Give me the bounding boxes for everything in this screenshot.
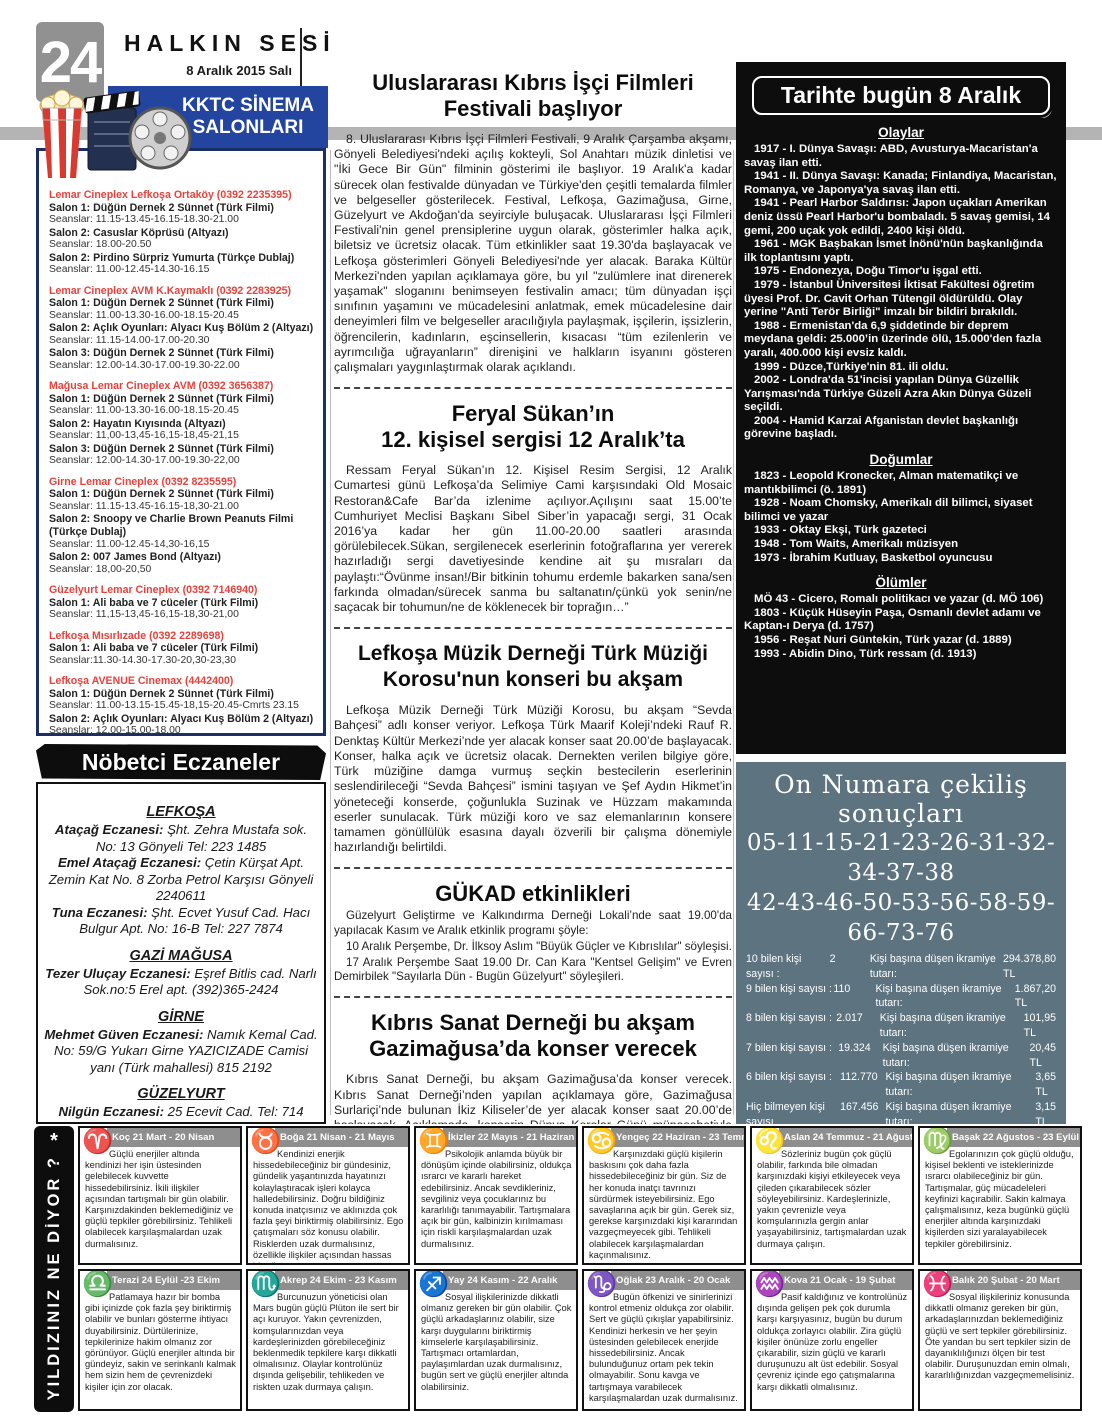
horoscope-sign-box: ♋Yengeç 22 Haziran - 23 TemmuzKarşınızda… [582,1126,746,1265]
history-item: 1961 - MGK Başbakan İsmet İnönü'nün başk… [744,238,1058,265]
horoscope-sign-box: ♒Kova 21 Ocak - 19 ŞubatPasif kaldığınız… [750,1269,914,1411]
horoscope-sign-header: Oğlak 23 Aralık - 20 Ocak [611,1271,744,1290]
lottery-prize-amount: 1.867,20 TL [1015,982,1056,1012]
history-item: 1941 - Pearl Harbor Saldırısı: Japon uça… [744,197,1058,238]
film-salon-line: Salon 2: Açlık Oyunları: Alyacı Kuş Bölü… [49,322,315,335]
lottery-prize-label: Kişi başına düşen ikramiye tutarı: [870,952,1003,982]
pharmacies-box: LEFKOŞAAtaçağ Eczanesi: Şht. Zehra Musta… [36,782,326,1124]
theater-listing: Güzelyurt Lemar Cineplex (0392 7146940)S… [49,584,315,622]
theater-name: Mağusa Lemar Cineplex AVM (0392 3656387) [49,380,315,393]
horoscope-sign-header: Yay 24 Kasım - 22 Aralık [443,1271,576,1290]
lottery-row: Hiç bilmeyen kişi sayısı167.456Kişi başı… [746,1100,1056,1124]
horoscope-sign-text: Bugün öfkenizi ve sinirlerinizi kontrol … [584,1290,744,1406]
film-salon-line: Salon 1: Düğün Dernek 2 Sünnet (Türk Fil… [49,488,315,501]
zodiac-icon: ♍ [922,1127,953,1155]
cinema-title-line1: KKTC SİNEMA [182,95,314,117]
article4-paragraph1: Güzelyurt Geliştirme ve Kalkındırma Dern… [334,909,732,937]
film-seans-line: Seanslar:11.30-14.30-17.30-20,30-23,30 [49,655,315,667]
history-item: 1933 - Oktay Ekşi, Türk gazeteci [744,524,1058,538]
article1-body: 8. Uluslararası Kıbrıs İşçi Filmleri Fes… [334,132,732,375]
horoscope-sign-box: ♓Balık 20 Şubat - 20 MartSosyal ilişkile… [918,1269,1082,1411]
film-salon-line: Salon 3: Düğün Dernek 2 Sünnet (Türk Fil… [49,443,315,456]
zodiac-icon: ♏ [250,1270,281,1298]
horoscope-sign-text: Sözleriniz bugün çok güçlü olabilir, far… [752,1147,912,1252]
history-title: Tarihte bugün 8 Aralık [752,76,1050,115]
theater-name: Lemar Cineplex AVM K.Kaymaklı (0392 2283… [49,285,315,298]
article2-body: Ressam Feryal Sükan’ın 12. Kişisel Resim… [334,463,732,615]
history-sections: Olaylar1917 - I. Dünya Savaşı: ABD, Avus… [744,125,1058,661]
theater-listing: Lefkoşa Mısırlızade (0392 2289698)Salon … [49,630,315,668]
zodiac-icon: ♊ [418,1127,449,1155]
lottery-row: 10 bilen kişi sayısı :2Kişi başına düşen… [746,952,1056,982]
film-seans-line: Seanslar: 11.15-13.45-16.15-18.30-21.00 [49,214,315,226]
lottery-row-label: 7 bilen kişi sayısı : [746,1041,838,1071]
lottery-row-count: 2 [830,952,870,982]
horoscope-sign-box: ♌Aslan 24 Temmuz - 21 AğustosSözleriniz … [750,1126,914,1265]
film-salon-line: Salon 1: Düğün Dernek 2 Sünnet (Türk Fil… [49,688,315,701]
film-seans-line: Seanslar: 11.00-12.45-14.30-16.15 [49,264,315,276]
lottery-row: 9 bilen kişi sayısı :110Kişi başına düşe… [746,982,1056,1012]
horoscope-sign-text: Sosyal ilişkileriniz konusunda dikkatli … [920,1290,1080,1384]
article5-title-line1: Kıbrıs Sanat Derneği bu akşam [334,1010,732,1036]
middle-column: Uluslararası Kıbrıs İşçi Filmleri Festiv… [334,70,732,1124]
pharmacy-entry: Tezer Uluçay Eczanesi: Eşref Bitlis cad.… [44,966,318,999]
horoscope-grid: ♈Koç 21 Mart - 20 NisanGüçlü enerjiler a… [78,1126,1082,1412]
horoscope-sign-header: Akrep 24 Ekim - 23 Kasım [275,1271,408,1290]
history-item: 1917 - I. Dünya Savaşı: ABD, Avusturya-M… [744,143,1058,170]
history-item: 2004 - Hamid Karzai Afganistan devlet ba… [744,415,1058,442]
article4-paragraph3: 17 Aralık Perşembe Saat 19.00 Dr. Can Ka… [334,956,732,984]
history-section-title: Ölümler [744,575,1058,590]
horoscope-sign-text: Pasif kaldığınız ve kontrolünüz dışında … [752,1290,912,1395]
horoscope-sidebar: * YILDIZINIZ NE DİYOR ? [34,1126,74,1412]
pharmacy-entry: Nilgün Eczanesi: 25 Ecevit Cad. Tel: 714… [44,1104,318,1124]
history-item: MÖ 43 - Cicero, Romalı politikacı ve yaz… [744,593,1058,607]
film-salon-line: Salon 1: Düğün Dernek 2 Sünnet (Türk Fil… [49,393,315,406]
lottery-row-count: 19.324 [838,1041,882,1071]
lottery-prize-amount: 101,95 TL [1024,1011,1056,1041]
theater-listing: Lefkoşa AVENUE Cinemax (4442400)Salon 1:… [49,675,315,736]
history-item: 1979 - İstanbul Üniversitesi İktisat Fak… [744,279,1058,320]
article5-title-line2: Gazimağusa’da konser verecek [334,1036,732,1062]
film-salon-line: Salon 2: Casuslar Köprüsü (Altyazı) [49,227,315,240]
history-item: 1975 - Endonezya, Doğu Timor'u işgal ett… [744,265,1058,279]
article-separator [334,627,732,629]
pharmacy-city-header: LEFKOŞA [44,804,318,820]
zodiac-icon: ♎ [82,1270,113,1298]
newspaper-page: 24 HALKIN SESİ 8 Aralık 2015 Salı AJANDA… [0,0,1102,1417]
horoscope-sign-text: Güçlü enerjiler altında kendinizi her iş… [80,1147,240,1252]
horoscope-sign-header: Başak 22 Ağustos - 23 Eylül [947,1128,1080,1147]
film-seans-line: Seanslar: 11.15-13.45-16.15-18,30-21.00 [49,501,315,513]
zodiac-icon: ♑ [586,1270,617,1298]
lottery-row-count: 112.770 [840,1070,885,1100]
pharmacy-city-header: GÜZELYURT [44,1086,318,1102]
article-separator [334,867,732,869]
film-seans-line: Seanslar: 11.15-14.00-17.00-20.30 [49,335,315,347]
horoscope-section: * YILDIZINIZ NE DİYOR ? ♈Koç 21 Mart - 2… [34,1126,1082,1412]
film-seans-line: Seanslar: 11.00-13.30-16.00-18.15-20.45 [49,405,315,417]
pharmacy-name: Ataçağ Eczanesi: [55,822,163,837]
newspaper-title: HALKIN SESİ [124,30,292,57]
history-item: 1948 - Tom Waits, Amerikalı müzisyen [744,538,1058,552]
horoscope-sidebar-label: YILDIZINIZ NE DİYOR ? [45,1155,64,1400]
article3-body: Lefkoşa Müzik Derneği Türk Müziği Korosu… [334,703,732,855]
pharmacy-entry: Mehmet Güven Eczanesi: Namık Kemal Cad. … [44,1027,318,1077]
horoscope-sign-box: ♉Boğa 21 Nisan - 21 MayısKendinizi enerj… [246,1126,410,1265]
film-salon-line: Salon 2: Açlık Oyunları: Alyacı Kuş Bölü… [49,713,315,726]
film-salon-line: Salon 3: Düğün Dernek 2 Sünnet (Türk Fil… [49,347,315,360]
article1-title-line1: Uluslararası Kıbrıs İşçi Filmleri [334,70,732,96]
horoscope-sign-box: ♈Koç 21 Mart - 20 NisanGüçlü enerjiler a… [78,1126,242,1265]
film-seans-line: Seanslar: 18,00-20,50 [49,564,315,576]
history-item: 1823 - Leopold Kronecker, Alman matemati… [744,470,1058,497]
theater-listing: Lemar Cineplex AVM K.Kaymaklı (0392 2283… [49,285,315,373]
column-rule-left [330,150,331,1115]
film-salon-line: Salon 2: Snoopy ve Charlie Brown Peanuts… [49,513,315,538]
article4-title: GÜKAD etkinlikleri [334,881,732,907]
pharmacy-city-header: GAZİ MAĞUSA [44,948,318,964]
pharmacy-name: Tezer Uluçay Eczanesi: [45,966,190,981]
pharmacy-city-header: GİRNE [44,1009,318,1025]
lottery-prize-amount: 3,65 TL [1035,1070,1056,1100]
horoscope-sign-text: Egolarınızın çok güçlü olduğu, kişisel b… [920,1147,1080,1252]
history-item: 1973 - İbrahim Kutluay, Basketbol oyuncu… [744,552,1058,566]
film-seans-line: Seanslar: 12.00-14.30-17.00-19.30-22.00 [49,360,315,372]
film-seans-line: Seanslar: 11,00-13,45-16,15-18,45-21,15 [49,430,315,442]
lottery-row: 8 bilen kişi sayısı :2.017Kişi başına dü… [746,1011,1056,1041]
lottery-row-label: 8 bilen kişi sayısı : [746,1011,836,1041]
lottery-title: On Numara çekiliş sonuçları [746,770,1056,828]
lottery-row-count: 2.017 [836,1011,879,1041]
article3-title-line2: Korosu'nun konseri bu akşam [334,667,732,693]
film-salon-line: Salon 1: Düğün Dernek 2 Sünnet (Türk Fil… [49,202,315,215]
horoscope-sign-header: Yengeç 22 Haziran - 23 Temmuz [611,1128,744,1147]
history-item: 1803 - Küçük Hüseyin Paşa, Osmanlı devle… [744,607,1058,634]
history-item: 1956 - Reşat Nuri Güntekin, Türk yazar (… [744,634,1058,648]
film-seans-line: Seanslar: 11.00-13.15-15.45-18,15-20.45-… [49,700,315,712]
theater-name: Lefkoşa Mısırlızade (0392 2289698) [49,630,315,643]
zodiac-icon: ♋ [586,1127,617,1155]
lottery-row: 6 bilen kişi sayısı :112.770Kişi başına … [746,1070,1056,1100]
star-icon: * [50,1130,58,1153]
masthead: HALKIN SESİ 8 Aralık 2015 Salı [124,30,292,78]
film-seans-line: Seanslar: 11.00-13.30-16.00-18.15-20.45 [49,310,315,322]
horoscope-sign-text: Psikolojik anlamda büyük bir dönüşüm içi… [416,1147,576,1252]
horoscope-sign-header: Aslan 24 Temmuz - 21 Ağustos [779,1128,912,1147]
lottery-row-count: 167.456 [840,1100,885,1124]
horoscope-sign-header: Balık 20 Şubat - 20 Mart [947,1271,1080,1290]
film-seans-line: Seanslar: 12.00-15.00-18.00 [49,725,315,736]
film-salon-line: Salon 1: Ali baba ve 7 cüceler (Türk Fil… [49,597,315,610]
lottery-row-label: 6 bilen kişi sayısı : [746,1070,840,1100]
theater-name: Girne Lemar Cineplex (0392 8235595) [49,476,315,489]
history-item: 1928 - Noam Chomsky, Amerikalı dil bilim… [744,497,1058,524]
pharmacy-name: Mehmet Güven Eczanesi: [44,1027,203,1042]
lottery-row-label: 9 bilen kişi sayısı : [746,982,833,1012]
history-item: 2002 - Londra'da 51'incisi yapılan Dünya… [744,374,1058,415]
article5-body: Kıbrıs Sanat Derneği, bu akşam Gazimağus… [334,1072,732,1124]
article-separator [334,387,732,389]
horoscope-sign-box: ♏Akrep 24 Ekim - 23 KasımBurcunuzun yöne… [246,1269,410,1411]
lottery-prize-amount: 294.378,80 TL [1003,952,1056,982]
film-seans-line: Seanslar: 12.00-14.30-17.00-19.30-22,00 [49,455,315,467]
horoscope-sign-text: Karşınızdaki güçlü kişilerin baskısını ç… [584,1147,744,1263]
film-salon-line: Salon 1: Düğün Dernek 2 Sünnet (Türk Fil… [49,297,315,310]
lottery-numbers-line1: 05-11-15-21-23-26-31-32-34-37-38 [746,828,1056,888]
history-section-title: Doğumlar [744,452,1058,467]
zodiac-icon: ♉ [250,1127,281,1155]
film-salon-line: Salon 2: 007 James Bond (Altyazı) [49,551,315,564]
lottery-prize-label: Kişi başına düşen ikramiye tutarı: [885,1070,1035,1100]
lottery-box: On Numara çekiliş sonuçları 05-11-15-21-… [736,762,1066,1124]
article4-body: Güzelyurt Geliştirme ve Kalkındırma Dern… [334,909,732,984]
column-rule-right [733,150,734,1115]
article2-title-line2: 12. kişisel sergisi 12 Aralık’ta [334,427,732,453]
film-salon-line: Salon 2: Hayatın Kıyısında (Altyazı) [49,418,315,431]
horoscope-sign-box: ♐Yay 24 Kasım - 22 AralıkSosyal ilişkile… [414,1269,578,1411]
pharmacy-entry: Tuna Eczanesi: Şht. Ecvet Yusuf Cad. Hac… [44,905,318,938]
lottery-table: 10 bilen kişi sayısı :2Kişi başına düşen… [746,952,1056,1124]
horoscope-sign-header: Koç 21 Mart - 20 Nisan [107,1128,240,1147]
history-section-title: Olaylar [744,125,1058,140]
lottery-prize-label: Kişi başına düşen ikramiye tutarı: [883,1041,1030,1071]
horoscope-sign-text: Kendinizi enerjik hissedebileceğiniz bir… [248,1147,408,1265]
film-seans-line: Seanslar: 11,15-13,45-16,15-18,30-21,00 [49,609,315,621]
lottery-row: 7 bilen kişi sayısı :19.324Kişi başına d… [746,1041,1056,1071]
horoscope-sign-box: ♎Terazi 24 Eylül -23 EkimPatlamaya hazır… [78,1269,242,1411]
pharmacy-name: Tuna Eczanesi: [52,905,148,920]
article-separator [334,996,732,998]
history-item: 1988 - Ermenistan'da 6,9 şiddetinde bir … [744,320,1058,361]
theater-listing: Lemar Cineplex Lefkoşa Ortaköy (0392 223… [49,189,315,277]
theater-listing: Mağusa Lemar Cineplex AVM (0392 3656387)… [49,380,315,468]
cinema-title-line2: SALONLARI [193,117,304,139]
horoscope-sign-text: Patlamaya hazır bir bomba gibi içinizde … [80,1290,240,1395]
history-box: Tarihte bugün 8 Aralık Olaylar1917 - I. … [736,62,1066,754]
theater-listing: Girne Lemar Cineplex (0392 8235595)Salon… [49,476,315,576]
zodiac-icon: ♐ [418,1270,449,1298]
pharmacies-ribbon: Nöbetci Eczaneler [36,744,326,780]
theater-name: Lefkoşa AVENUE Cinemax (4442400) [49,675,315,688]
horoscope-sign-box: ♊İkizler 22 Mayıs - 21 HaziranPsikolojik… [414,1126,578,1265]
lottery-row-label: Hiç bilmeyen kişi sayısı [746,1100,840,1124]
article3-title-line1: Lefkoşa Müzik Derneği Türk Müziği [334,641,732,667]
lottery-row-count: 110 [833,982,875,1012]
theater-name: Lemar Cineplex Lefkoşa Ortaköy (0392 223… [49,189,315,202]
popcorn-cinema-icon [36,78,194,182]
article2-title-line1: Feryal Sükan’ın [334,401,732,427]
zodiac-icon: ♌ [754,1127,785,1155]
horoscope-sign-text: Sosyal ilişkilerinizde dikkatli olmanız … [416,1290,576,1395]
film-salon-line: Salon 1: Ali baba ve 7 cüceler (Türk Fil… [49,642,315,655]
history-item: 1999 - Düzce,Türkiye'nin 81. ili oldu. [744,361,1058,375]
pharmacy-entry: Emel Ataçağ Eczanesi: Çetin Kürşat Apt. … [44,855,318,905]
horoscope-sign-header: Boğa 21 Nisan - 21 Mayıs [275,1128,408,1147]
horoscope-sign-box: ♑Oğlak 23 Aralık - 20 OcakBugün öfkenizi… [582,1269,746,1411]
zodiac-icon: ♓ [922,1270,953,1298]
lottery-prize-label: Kişi başına düşen ikramiye tutarı: [876,982,1015,1012]
pharmacy-name: Emel Ataçağ Eczanesi: [58,855,201,870]
lottery-prize-label: Kişi başına düşen ikramiye tutarı: [880,1011,1024,1041]
lottery-prize-label: Kişi başına düşen ikramiye tutarı: [885,1100,1035,1124]
article4-paragraph2: 10 Aralık Perşembe, Dr. İlksoy Aslım "Bü… [334,940,732,954]
left-column: KKTC SİNEMA SALONLARI [36,76,328,1124]
horoscope-sign-text: Burcunuzun yöneticisi olan Mars bugün gü… [248,1290,408,1395]
film-seans-line: Seanslar: 18.00-20.50 [49,239,315,251]
lottery-prize-amount: 20,45 TL [1029,1041,1056,1071]
right-column: Tarihte bugün 8 Aralık Olaylar1917 - I. … [736,62,1066,1124]
horoscope-sign-header: Terazi 24 Eylül -23 Ekim [107,1271,240,1290]
lottery-row-label: 10 bilen kişi sayısı : [746,952,830,982]
pharmacy-name: Nilgün Eczanesi: [58,1104,164,1119]
history-item: 1993 - Abidin Dino, Türk ressam (d. 1913… [744,648,1058,662]
lottery-numbers-line2: 42-43-46-50-53-56-58-59-66-73-76 [746,888,1056,948]
horoscope-sign-box: ♍Başak 22 Ağustos - 23 EylülEgolarınızın… [918,1126,1082,1265]
film-salon-line: Salon 2: Pirdino Sürpriz Yumurta (Türkçe… [49,252,315,265]
film-seans-line: Seanslar: 11.00-12.45-14,30-16,15 [49,539,315,551]
cinema-listings: Lemar Cineplex Lefkoşa Ortaköy (0392 223… [36,148,326,736]
lottery-prize-amount: 3,15 TL [1035,1100,1056,1124]
history-item: 1941 - II. Dünya Savaşı: Kanada; Finland… [744,170,1058,197]
zodiac-icon: ♒ [754,1270,785,1298]
theater-name: Güzelyurt Lemar Cineplex (0392 7146940) [49,584,315,597]
pharmacy-entry: Ataçağ Eczanesi: Şht. Zehra Mustafa sok.… [44,822,318,855]
zodiac-icon: ♈ [82,1127,113,1155]
horoscope-sign-header: İkizler 22 Mayıs - 21 Haziran [443,1128,576,1147]
horoscope-sign-header: Kova 21 Ocak - 19 Şubat [779,1271,912,1290]
article1-title-line2: Festivali başlıyor [334,96,732,122]
